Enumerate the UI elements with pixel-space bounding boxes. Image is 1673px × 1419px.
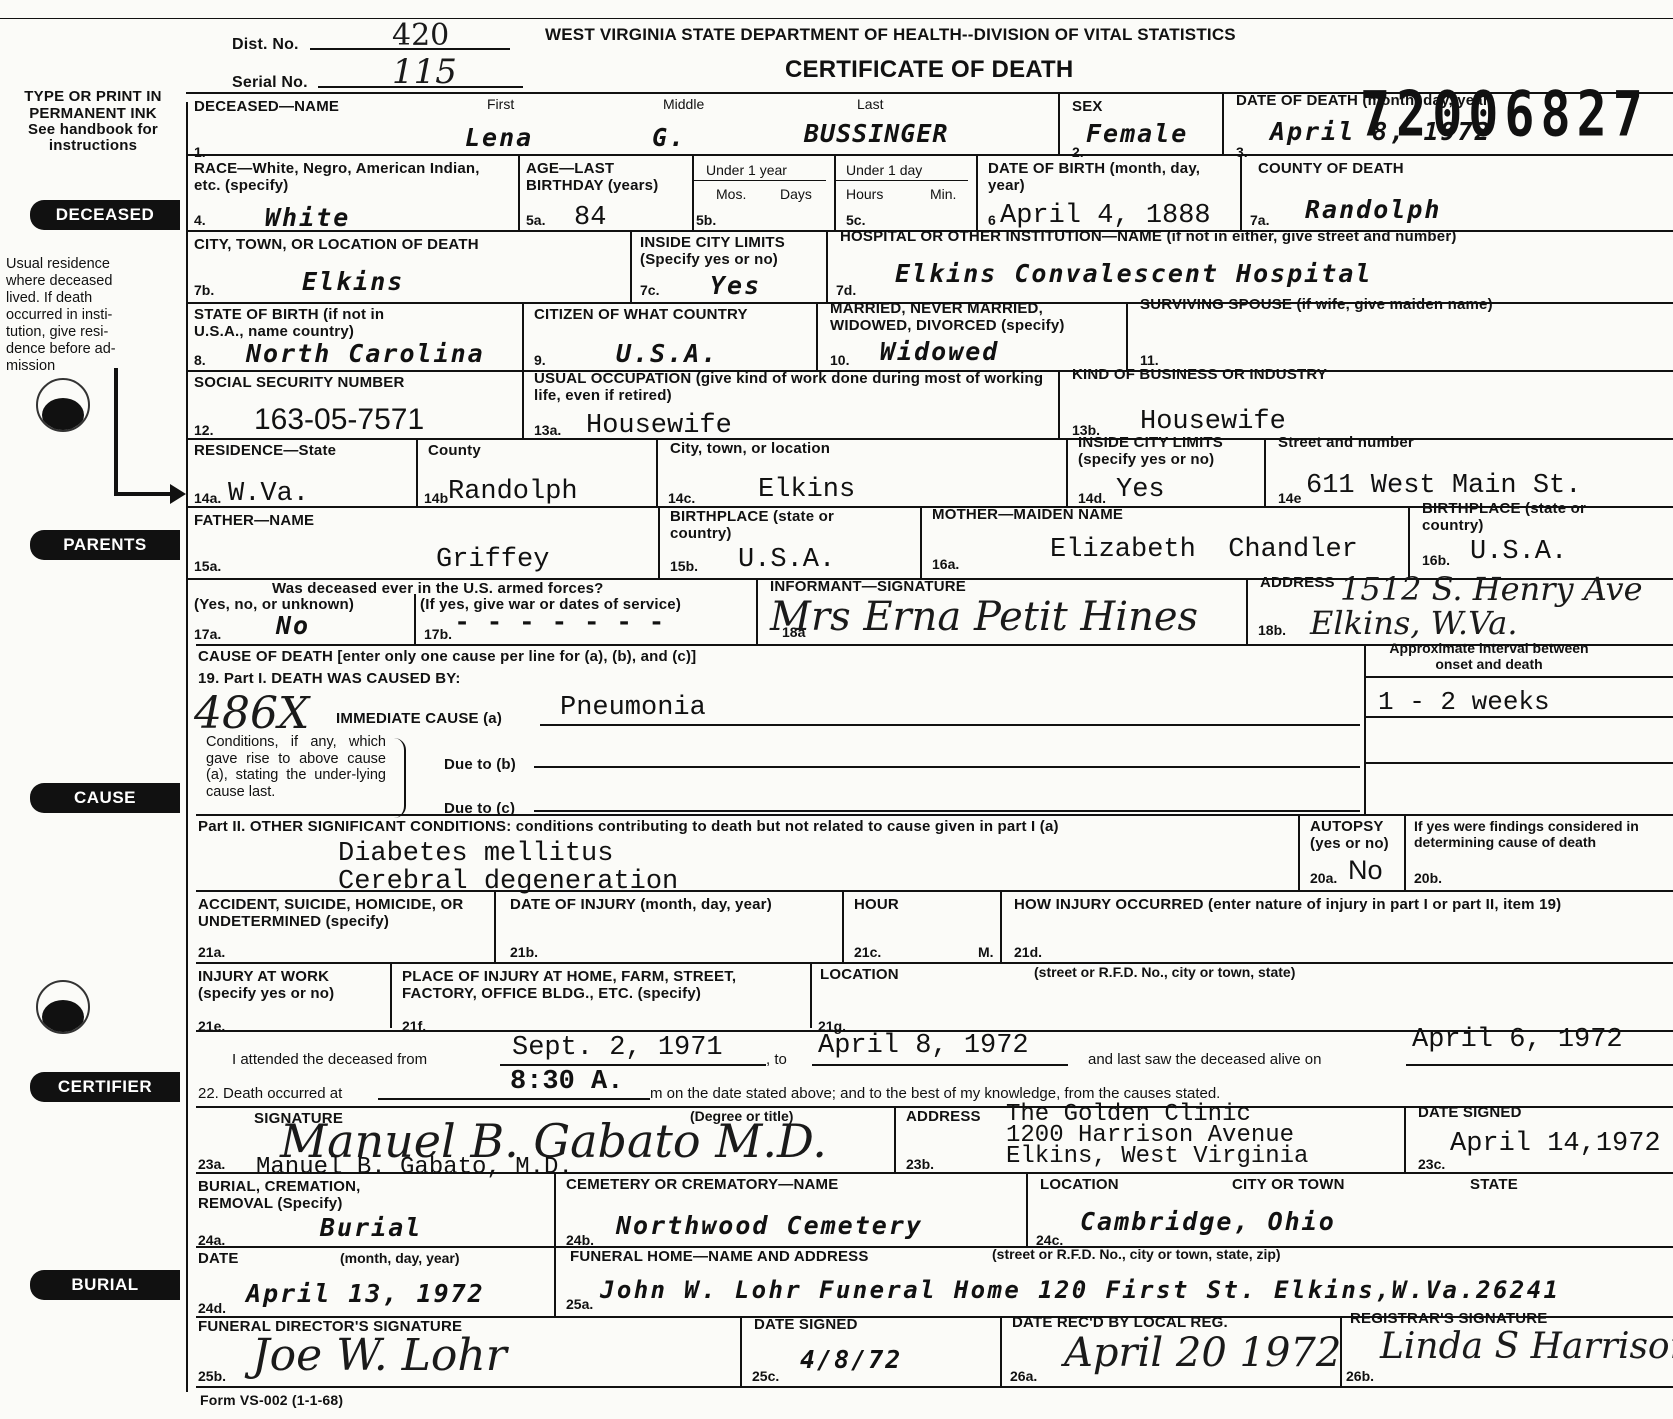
- attended-to-line: [812, 1064, 1068, 1066]
- section-tab-certifier: CERTIFIER: [30, 1072, 180, 1102]
- burial-location-value[interactable]: Cambridge, Ohio: [1080, 1208, 1336, 1236]
- col-rule: [630, 230, 632, 302]
- section-tab-cause: CAUSE: [30, 783, 180, 813]
- note-line: where deceased: [6, 273, 178, 290]
- certificate-title: CERTIFICATE OF DEATH: [785, 56, 1073, 84]
- col-rule: [1408, 506, 1410, 578]
- last-name-value[interactable]: BUSSINGER: [804, 120, 948, 148]
- field-number: 12.: [194, 422, 213, 438]
- injury-date-label: DATE OF INJURY (month, day, year): [510, 896, 772, 913]
- part2-label: Part II. OTHER SIGNIFICANT CONDITIONS: c…: [198, 818, 1298, 835]
- col-rule: [494, 890, 496, 962]
- burial-date-value[interactable]: April 13, 1972: [246, 1280, 485, 1308]
- inside-limits-label: INSIDE CITY LIMITS (Specify yes or no): [640, 234, 820, 268]
- serial-label: Serial No.: [232, 74, 308, 91]
- date-of-death-value[interactable]: April 8, 1972: [1270, 118, 1492, 146]
- marital-label: MARRIED, NEVER MARRIED, WIDOWED, DIVORCE…: [830, 300, 1100, 334]
- how-injury-label: HOW INJURY OCCURRED (enter nature of inj…: [1014, 896, 1654, 913]
- field-number: 7c.: [640, 282, 659, 298]
- armed-service-value[interactable]: - - - - - - -: [454, 610, 665, 638]
- business-label: KIND OF BUSINESS OR INDUSTRY: [1072, 366, 1327, 383]
- last-saw-value[interactable]: April 6, 1972: [1412, 1026, 1623, 1054]
- field-number: 24d.: [198, 1300, 226, 1316]
- street-label: Street and number: [1278, 434, 1414, 451]
- field-number: 10.: [830, 352, 849, 368]
- dist-number: 420: [392, 18, 449, 53]
- sex-value[interactable]: Female: [1086, 120, 1188, 148]
- instructions-line: See handbook for: [8, 122, 178, 138]
- hour-label: HOUR: [854, 896, 899, 913]
- citizen-label: CITIZEN OF WHAT COUNTRY: [534, 306, 748, 323]
- name-label: DECEASED—NAME: [194, 98, 339, 115]
- informant-signature-label: INFORMANT—SIGNATURE: [770, 578, 966, 595]
- field-number: 5c.: [846, 212, 865, 228]
- brace-icon: [392, 738, 406, 818]
- col-rule: [1066, 438, 1068, 506]
- field-number: 21b.: [510, 944, 538, 960]
- field-number: 26b.: [1346, 1368, 1374, 1384]
- field-number: 7a.: [1250, 212, 1269, 228]
- due-b-line[interactable]: [534, 766, 1360, 768]
- father-birthplace-value[interactable]: U.S.A.: [738, 546, 835, 574]
- hour-meridian: M.: [978, 944, 994, 960]
- field-number: 5b.: [696, 212, 716, 228]
- inside-limits-value[interactable]: Yes: [710, 272, 761, 300]
- col-rule: [1246, 578, 1248, 644]
- section-tab-deceased: DECEASED: [30, 200, 180, 230]
- race-label: RACE—White, Negro, American Indian, etc.…: [194, 160, 484, 194]
- under-year-label: Under 1 year: [706, 162, 787, 178]
- agency-title: WEST VIRGINIA STATE DEPARTMENT OF HEALTH…: [545, 26, 1236, 43]
- instructions-line: PERMANENT INK: [8, 105, 178, 122]
- at-work-label: INJURY AT WORK (specify yes or no): [198, 968, 378, 1002]
- cemetery-value[interactable]: Northwood Cemetery: [616, 1212, 923, 1240]
- note-line: lived. If death: [6, 290, 178, 307]
- business-value[interactable]: Housewife: [1140, 408, 1286, 436]
- col-rule: [826, 230, 828, 302]
- attended-from-line: [500, 1064, 766, 1066]
- days-label: Days: [780, 186, 812, 202]
- col-rule: [894, 1106, 896, 1172]
- race-value[interactable]: White: [265, 204, 350, 232]
- armed-forces-value[interactable]: No: [276, 612, 310, 640]
- res-state-label: RESIDENCE—State: [194, 442, 336, 459]
- first-name-value[interactable]: Lena: [465, 124, 533, 152]
- recd-label: DATE REC'D BY LOCAL REG.: [1012, 1314, 1228, 1331]
- attended-to-value[interactable]: April 8, 1972: [818, 1032, 1029, 1060]
- immediate-cause-line: [540, 724, 1360, 726]
- col-rule: [1222, 92, 1224, 154]
- occupation-value[interactable]: Housewife: [586, 412, 732, 440]
- certifier-address-label: ADDRESS: [906, 1108, 981, 1125]
- autopsy-label: AUTOPSY (yes or no): [1310, 818, 1410, 852]
- col-rule: [1404, 814, 1406, 890]
- res-city-value[interactable]: Elkins: [758, 476, 855, 504]
- field-number: 14e: [1278, 490, 1301, 506]
- field-number: 1.: [194, 144, 206, 160]
- res-limits-label: INSIDE CITY LIMITS (specify yes or no): [1078, 434, 1258, 468]
- col-rule: [1364, 644, 1366, 814]
- certifier-address[interactable]: The Golden Clinic 1200 Harrison Avenue E…: [1006, 1104, 1308, 1167]
- street-value[interactable]: 611 West Main St.: [1306, 472, 1581, 500]
- field-number: 14d.: [1078, 490, 1106, 506]
- informant-signature[interactable]: Mrs Erna Petit Hines: [770, 594, 1198, 640]
- city-label: CITY, TOWN, OR LOCATION OF DEATH: [194, 236, 479, 253]
- row-rule: [1366, 676, 1673, 678]
- last-saw-line: [1406, 1064, 1673, 1066]
- field-number: 21c.: [854, 944, 881, 960]
- field-number: 25b.: [198, 1368, 226, 1384]
- col-rule: [1298, 814, 1300, 890]
- note-line: tution, give resi-: [6, 324, 178, 341]
- col-rule: [920, 506, 922, 578]
- recd-date-value[interactable]: April 20 1972: [1064, 1330, 1341, 1376]
- row-rule: [196, 814, 1673, 816]
- death-occurred-text: 22. Death occurred at: [198, 1086, 342, 1102]
- field-number: 15b.: [670, 558, 698, 574]
- cause-code-annotation: 486X: [194, 688, 309, 739]
- place-injury-label: PLACE OF INJURY AT HOME, FARM, STREET, F…: [402, 968, 812, 1002]
- field-number: 25a.: [566, 1296, 593, 1312]
- father-birthplace-label: BIRTHPLACE (state or country): [670, 508, 880, 542]
- col-rule: [1264, 438, 1266, 506]
- field-number: 20b.: [1414, 870, 1442, 886]
- sub-rule: [694, 180, 826, 181]
- middle-name-value[interactable]: G.: [652, 124, 686, 152]
- row-rule: [1366, 762, 1673, 764]
- arrow-right-icon: [170, 484, 186, 504]
- field-number: 7d.: [836, 282, 856, 298]
- city-of-death-value[interactable]: Elkins: [302, 268, 404, 296]
- punch-hole-icon: [36, 980, 90, 1034]
- col-rule: [1058, 370, 1060, 438]
- mother-label: MOTHER—MAIDEN NAME: [932, 506, 1123, 523]
- cemetery-label: CEMETERY OR CREMATORY—NAME: [566, 1176, 838, 1193]
- row-rule: [196, 962, 1673, 964]
- section-tab-burial: BURIAL: [30, 1270, 180, 1300]
- res-state-value[interactable]: W.Va.: [228, 480, 309, 508]
- certifier-date-signed-label: DATE SIGNED: [1418, 1104, 1522, 1121]
- row-rule: [196, 1172, 1673, 1174]
- field-number: 8.: [194, 352, 206, 368]
- mother-birthplace-label: BIRTHPLACE (state or country): [1422, 500, 1622, 534]
- col-rule: [1058, 92, 1060, 154]
- row-rule: [196, 1246, 1673, 1248]
- dist-label: Dist. No.: [232, 36, 299, 53]
- dob-label: DATE OF BIRTH (month, day, year): [988, 160, 1208, 194]
- col-rule: [1000, 890, 1002, 962]
- dod-label: DATE OF DEATH (month, day, year): [1236, 92, 1494, 109]
- occupation-label: USUAL OCCUPATION (give kind of work done…: [534, 370, 1054, 404]
- last-saw-text: and last saw the deceased alive on: [1088, 1052, 1322, 1068]
- to-text: , to: [766, 1052, 787, 1068]
- time-line: [378, 1098, 650, 1100]
- autopsy-value[interactable]: No: [1348, 856, 1383, 884]
- part2-condition-1[interactable]: Diabetes mellitus: [338, 840, 613, 868]
- disposition-label: BURIAL, CREMATION, REMOVAL (Specify): [198, 1178, 418, 1212]
- attended-text: I attended the deceased from: [232, 1052, 427, 1068]
- cause-header: CAUSE OF DEATH [enter only one cause per…: [198, 648, 696, 665]
- note-line: Usual residence: [6, 256, 178, 273]
- col-rule: [1404, 1106, 1406, 1172]
- informant-address-label: ADDRESS: [1260, 574, 1335, 591]
- field-number: 14b: [424, 490, 448, 506]
- col-rule: [518, 154, 520, 230]
- col-rule: [842, 890, 844, 962]
- field-number: 17a.: [194, 626, 221, 642]
- note-line: mission: [6, 358, 178, 375]
- county-of-death-value[interactable]: Randolph: [1305, 196, 1441, 224]
- director-date-value[interactable]: 4/8/72: [800, 1346, 902, 1374]
- col-rule: [692, 154, 694, 230]
- instructions-line: instructions: [8, 138, 178, 154]
- attended-from-value[interactable]: Sept. 2, 1971: [512, 1034, 723, 1062]
- hours-label: Hours: [846, 186, 883, 202]
- field-number: 26a.: [1010, 1368, 1037, 1384]
- mos-label: Mos.: [716, 186, 746, 202]
- location-label: LOCATION: [820, 966, 899, 983]
- col-rule: [834, 154, 836, 230]
- burial-city-label: CITY OR TOWN: [1232, 1176, 1345, 1193]
- field-number: 2.: [1072, 144, 1084, 160]
- field-number: 23b.: [906, 1156, 934, 1172]
- form-id: Form VS-002 (1-1-68): [200, 1392, 343, 1409]
- field-number: 23a.: [198, 1156, 225, 1172]
- father-label: FATHER—NAME: [194, 512, 314, 529]
- res-county-value[interactable]: Randolph: [448, 478, 578, 506]
- director-date-label: DATE SIGNED: [754, 1316, 858, 1333]
- county-label: COUNTY OF DEATH: [1258, 160, 1404, 177]
- burial-location-label: LOCATION: [1040, 1176, 1119, 1193]
- field-number: 23c.: [1418, 1156, 1445, 1172]
- field-number: 9.: [534, 352, 546, 368]
- field-number: 17b.: [424, 626, 452, 642]
- age-label: AGE—LAST BIRTHDAY (years): [526, 160, 686, 194]
- field-number: 14c.: [668, 490, 695, 506]
- last-label: Last: [857, 96, 883, 112]
- field-number: 20a.: [1310, 870, 1337, 886]
- under-day-label: Under 1 day: [846, 162, 922, 178]
- disposition-value[interactable]: Burial: [320, 1214, 422, 1242]
- burial-date-label: DATE: [198, 1250, 239, 1267]
- col-rule: [522, 302, 524, 370]
- ssn-value[interactable]: 163-05-7571: [254, 406, 424, 434]
- armed-yn-label: (Yes, no, or unknown): [194, 596, 354, 613]
- col-rule: [1000, 1316, 1002, 1386]
- due-c-line[interactable]: [534, 810, 1360, 812]
- mother-value[interactable]: Elizabeth Chandler: [1050, 536, 1358, 564]
- date-of-birth-value[interactable]: April 4, 1888: [1000, 202, 1211, 230]
- min-label: Min.: [930, 186, 956, 202]
- residence-arrow-shaft: [114, 368, 118, 494]
- col-rule: [816, 302, 818, 370]
- state-birth-label: STATE OF BIRTH (if not in U.S.A., name c…: [194, 306, 434, 340]
- field-number: 14a.: [194, 490, 221, 506]
- col-rule: [1026, 1172, 1028, 1246]
- sub-rule: [836, 180, 968, 181]
- note-line: dence before ad-: [6, 341, 178, 358]
- col-rule: [976, 154, 978, 230]
- res-county-label: County: [428, 442, 481, 459]
- father-value[interactable]: Griffey: [436, 546, 549, 574]
- burial-state-label: STATE: [1470, 1176, 1518, 1193]
- informant-address-line2[interactable]: Elkins, W.Va.: [1310, 604, 1517, 642]
- marital-value[interactable]: Widowed: [880, 338, 999, 366]
- citizen-value[interactable]: U.S.A.: [616, 340, 718, 368]
- part1-label: 19. Part I. DEATH WAS CAUSED BY:: [198, 670, 461, 687]
- col-rule: [390, 962, 392, 1028]
- funeral-home-value[interactable]: John W. Lohr Funeral Home 120 First St. …: [600, 1276, 1560, 1304]
- address-line: Elkins, West Virginia: [1006, 1146, 1308, 1167]
- residence-arrow-bar: [114, 492, 174, 496]
- res-city-label: City, town, or location: [670, 440, 830, 457]
- col-rule: [1240, 154, 1242, 230]
- certifier-date-signed-value[interactable]: April 14,1972: [1450, 1130, 1661, 1158]
- ssn-label: SOCIAL SECURITY NUMBER: [194, 374, 405, 391]
- res-limits-value[interactable]: Yes: [1116, 476, 1165, 504]
- state-of-birth-value[interactable]: North Carolina: [246, 340, 485, 368]
- field-number: 4.: [194, 212, 206, 228]
- location-hint: (street or R.F.D. No., city or town, sta…: [1034, 964, 1295, 980]
- punch-hole-icon: [36, 378, 90, 432]
- hospital-value[interactable]: Elkins Convalescent Hospital: [895, 260, 1372, 288]
- col-rule: [416, 438, 418, 506]
- row-rule: [196, 1386, 1673, 1388]
- registrar-signature-label: REGISTRAR'S SIGNATURE: [1350, 1310, 1548, 1327]
- interval-label: Approximate interval between onset and d…: [1374, 640, 1604, 672]
- col-rule: [414, 594, 416, 644]
- field-number: 25c.: [752, 1368, 779, 1384]
- director-signature[interactable]: Joe W. Lohr: [252, 1330, 507, 1381]
- serial-number: 115: [392, 52, 457, 92]
- row-rule: [1366, 716, 1673, 718]
- armed-forces-label: Was deceased ever in the U.S. armed forc…: [272, 580, 604, 597]
- informant-address-line1[interactable]: 1512 S. Henry Ave: [1340, 570, 1643, 608]
- field-number: 21a.: [198, 944, 225, 960]
- form-left-border: [186, 102, 188, 1392]
- registrar-signature[interactable]: Linda S Harrison: [1380, 1326, 1673, 1367]
- time-of-death-value[interactable]: 8:30 A.: [510, 1068, 623, 1096]
- field-number: 16b.: [1422, 552, 1450, 568]
- col-rule: [554, 1246, 556, 1316]
- funeral-home-label: FUNERAL HOME—NAME AND ADDRESS: [570, 1248, 869, 1265]
- top-rule: [0, 18, 1673, 19]
- col-rule: [1126, 302, 1128, 370]
- findings-label: If yes were findings considered in deter…: [1414, 818, 1664, 850]
- field-number: 21d.: [1014, 944, 1042, 960]
- burial-date-hint: (month, day, year): [340, 1250, 460, 1266]
- immediate-cause-label: IMMEDIATE CAUSE (a): [336, 710, 502, 727]
- due-b-label: Due to (b): [444, 756, 516, 773]
- immediate-cause-value[interactable]: Pneumonia: [560, 694, 706, 722]
- spouse-label: SURVIVING SPOUSE (if wife, give maiden n…: [1140, 296, 1493, 313]
- field-number: 15a.: [194, 558, 221, 574]
- row-rule: [186, 154, 1673, 156]
- col-rule: [810, 962, 812, 1028]
- note-line: occurred in insti-: [6, 307, 178, 324]
- field-number: 6: [988, 212, 996, 228]
- conditions-note: Conditions, if any, which gave rise to a…: [206, 734, 386, 800]
- section-tab-parents: PARENTS: [30, 530, 180, 560]
- row-rule: [196, 890, 1673, 892]
- first-label: First: [487, 96, 514, 112]
- middle-label: Middle: [663, 96, 704, 112]
- sex-label: SEX: [1072, 98, 1103, 115]
- field-number: 5a.: [526, 212, 545, 228]
- col-rule: [522, 370, 524, 438]
- field-number: 18b.: [1258, 622, 1286, 638]
- col-rule: [658, 506, 660, 578]
- residence-note: Usual residence where deceased lived. If…: [6, 256, 178, 375]
- instructions-line: TYPE OR PRINT IN: [8, 88, 178, 105]
- field-number: 13a.: [534, 422, 561, 438]
- col-rule: [656, 438, 658, 506]
- age-value[interactable]: 84: [574, 204, 606, 232]
- funeral-home-hint: (street or R.F.D. No., city or town, sta…: [992, 1246, 1281, 1262]
- col-rule: [1340, 1316, 1342, 1386]
- accident-label: ACCIDENT, SUICIDE, HOMICIDE, OR UNDETERM…: [198, 896, 498, 930]
- hospital-label: HOSPITAL OR OTHER INSTITUTION—NAME (if n…: [840, 228, 1457, 245]
- field-number: 7b.: [194, 282, 214, 298]
- instructions-note: TYPE OR PRINT IN PERMANENT INK See handb…: [8, 88, 178, 154]
- interval-value[interactable]: 1 - 2 weeks: [1378, 688, 1550, 716]
- field-number: 16a.: [932, 556, 959, 572]
- col-rule: [756, 578, 758, 644]
- col-rule: [740, 1316, 742, 1386]
- row-rule: [186, 438, 1673, 440]
- mother-birthplace-value[interactable]: U.S.A.: [1470, 538, 1567, 566]
- col-rule: [554, 1172, 556, 1246]
- occurred-suffix: m on the date stated above; and to the b…: [650, 1086, 1220, 1102]
